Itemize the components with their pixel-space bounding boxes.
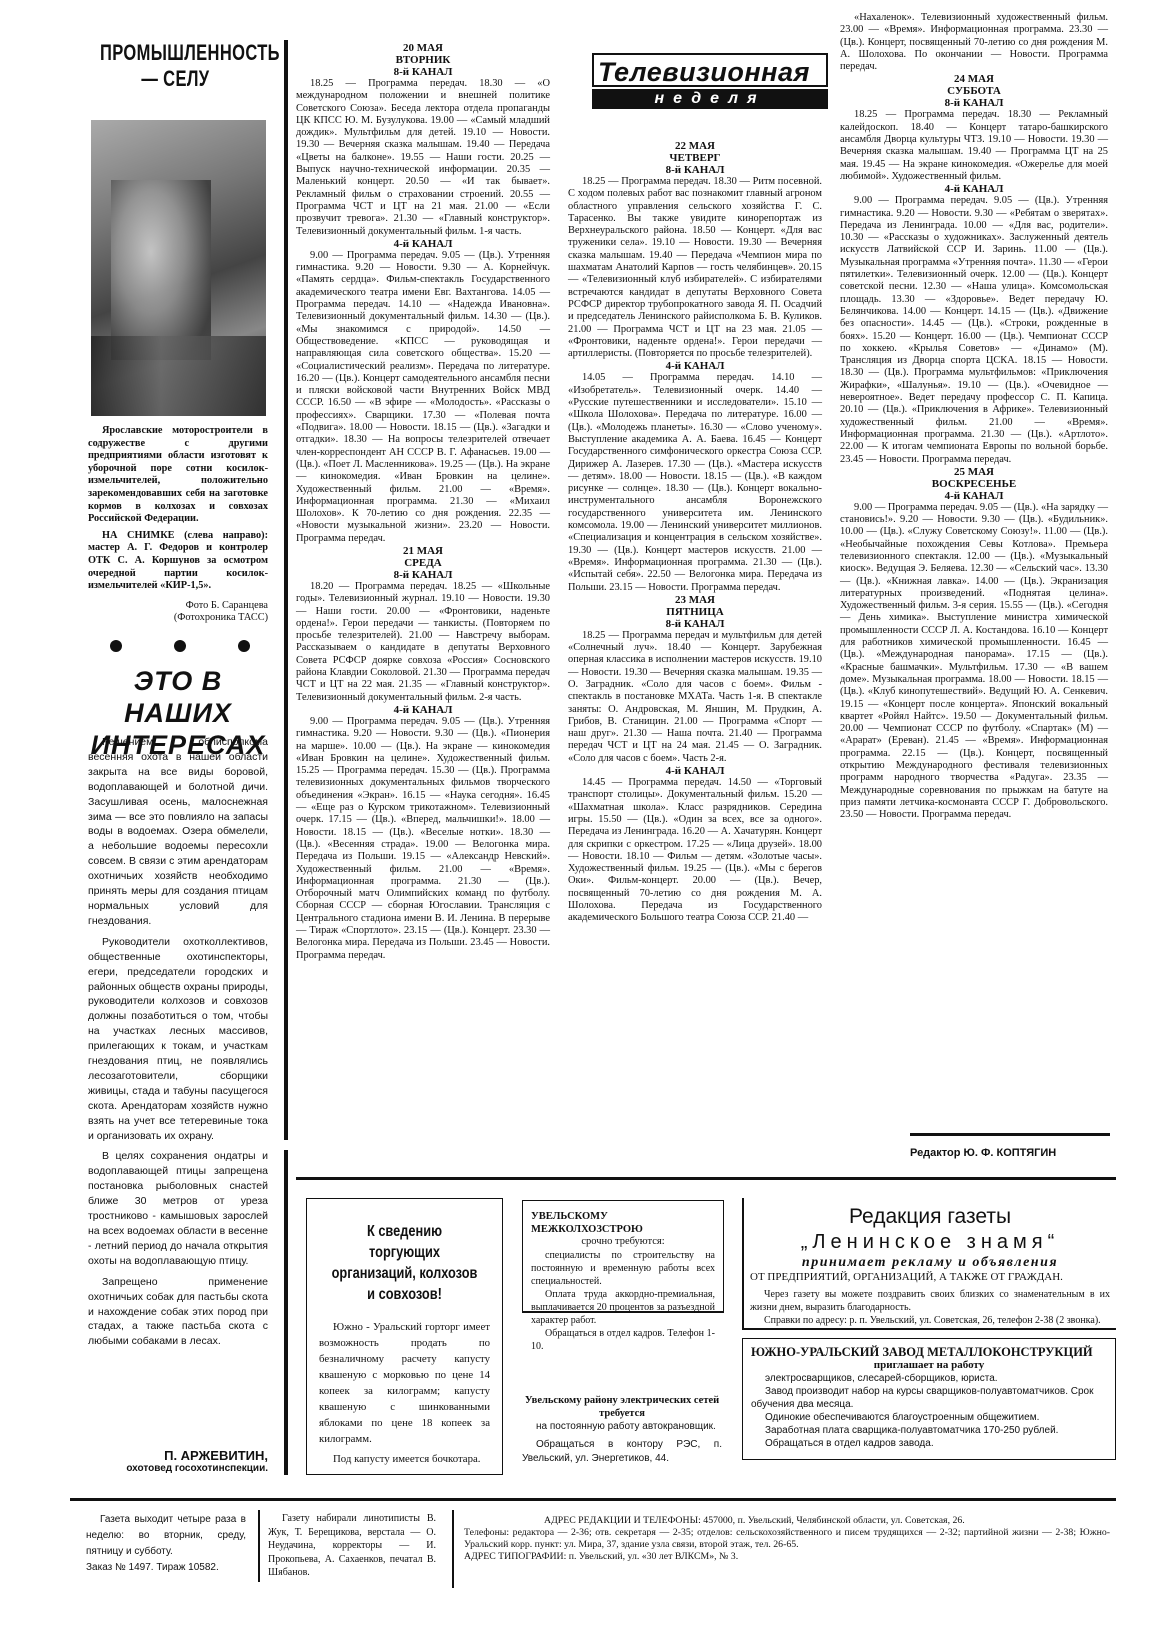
footer-staff-text: Газету набирали линотиписты В. Жук, Т. Б… [268,1512,436,1580]
editor-credit: Редактор Ю. Ф. КОПТЯГИН [910,1147,1056,1159]
caption-text: Ярославские моторостроители в содружеств… [88,425,268,526]
schedule-day-heading: ПЯТНИЦА [568,606,822,618]
footer-schedule-text: Газета выходит четыре раза в неделю: во … [86,1512,246,1560]
schedule-listing: 18.25 — Программа передач и мультфильм д… [568,630,822,765]
schedule-channel-heading: 8-й КАНАЛ [840,97,1108,109]
ad-torg-title-text: К сведению торгующих организаций, колхоз… [331,1221,477,1305]
article-paragraph: В целях сохранения ондатры и водоплавающ… [88,1149,268,1268]
author-role: охотовед госохотинспекции. [88,1463,268,1474]
section-rule [296,1177,1116,1180]
news-photo [91,120,266,416]
ad-red-title1: Редакция газеты [744,1204,1116,1230]
ad-zavod-p1: электросварщиков, слесарей-сборщиков, юр… [751,1372,1107,1385]
tv-logo-bottom: неделя [592,89,828,109]
schedule-channel-heading: 4-й КАНАЛ [840,490,1108,502]
ad-zavod-body: электросварщиков, слесарей-сборщиков, юр… [743,1372,1115,1450]
ad-res-p1: на постоянную работу автокрановщик. [522,1420,722,1434]
ad-res-body: на постоянную работу автокрановщик. Обра… [522,1420,722,1466]
author-name: П. АРЖЕВИТИН, [88,1448,268,1463]
footer-address-3: АДРЕС ТИПОГРАФИИ: п. Увельский, ул. «30 … [464,1551,1110,1563]
tv-column-1: 20 МАЯВТОРНИК8-й КАНАЛ18.25 — Программа … [296,42,550,962]
ad-torg-title: К сведению торгующих организаций, колхоз… [307,1221,502,1305]
headline-industry-to-village: ПРОМЫШЛЕННОСТЬ — СЕЛУ [70,40,280,92]
schedule-listing: 9.00 — Программа передач. 9.05 — (Цв.). … [840,502,1108,822]
ad-mk-body: специалисты по строительству на постоянн… [523,1249,723,1353]
photo-note: НА СНИМКЕ (слева направо): мастер А. Г. … [88,530,268,593]
ad-red-body: Через газету вы можете поздравить своих … [744,1284,1116,1327]
ad-mk-subtitle: срочно требуются: [523,1236,723,1249]
schedule-channel-heading: 4-й КАНАЛ [568,765,822,777]
schedule-listing: «Нахаленок». Телевизионный художественны… [840,12,1108,73]
article-paragraph: Руководители охотколлективов, общественн… [88,935,268,1144]
schedule-listing: 9.00 — Программа передач. 9.05 — (Цв.). … [840,195,1108,466]
schedule-listing: 18.25 — Программа передач. 18.30 — «О ме… [296,78,550,238]
schedule-day-heading: 23 МАЯ [568,594,822,606]
schedule-day-heading: ЧЕТВЕРГ [568,152,822,164]
schedule-listing: 9.00 — Программа передач. 9.05 — (Цв.). … [296,716,550,962]
schedule-listing: 18.25 — Программа передач. 18.30 — Ритм … [568,176,822,360]
ad-mk-p2: Оплата труда аккордно-премиальная, выпла… [531,1288,715,1327]
ad-zavod-title: ЮЖНО-УРАЛЬСКИЙ ЗАВОД МЕТАЛЛОКОНСТРУКЦИЙ [743,1339,1115,1359]
schedule-day-heading: 25 МАЯ [840,466,1108,478]
schedule-day-heading: СРЕДА [296,557,550,569]
ad-mk-title: УВЕЛЬСКОМУ МЕЖКОЛХОЗСТРОЮ [523,1201,723,1236]
schedule-day-heading: 22 МАЯ [568,140,822,152]
schedule-channel-heading: 4-й КАНАЛ [840,183,1108,195]
footer-rule-v [452,1510,454,1588]
schedule-listing: 14.05 — Программа передач. 14.10 — «Изоб… [568,372,822,593]
ad-red-title4: ОТ ПРЕДПРИЯТИЙ, ОРГАНИЗАЦИЙ, А ТАКЖЕ ОТ … [744,1271,1116,1284]
ad-res: Увельскому району электрических сетей тр… [522,1395,722,1466]
schedule-channel-heading: 4-й КАНАЛ [296,704,550,716]
credit-line-2: (Фотохроника ТАСС) [88,612,268,624]
article-body: Решением облисполкома весенняя охота в н… [88,735,268,1355]
editor-rule [910,1133,1110,1136]
footer-staff: Газету набирали линотиписты В. Жук, Т. Б… [268,1512,436,1580]
schedule-day-heading: ВТОРНИК [296,54,550,66]
schedule-listing: 9.00 — Программа передач. 9.05 — (Цв.). … [296,250,550,545]
schedule-channel-heading: 4-й КАНАЛ [568,360,822,372]
ad-zavod-p2: Завод производит набор на курсы сварщико… [751,1385,1107,1411]
schedule-channel-heading: 8-й КАНАЛ [296,66,550,78]
schedule-channel-heading: 8-й КАНАЛ [568,164,822,176]
column-rule [284,40,288,1140]
schedule-listing: 14.45 — Программа передач. 14.50 — «Торг… [568,777,822,925]
ad-res-p2: Обращаться в контору РЭС, п. Увельский, … [522,1438,722,1466]
ad-zavod-p3: Одинокие обеспечиваются благоустроенным … [751,1411,1107,1424]
schedule-channel-heading: 8-й КАНАЛ [568,618,822,630]
schedule-channel-heading: 4-й КАНАЛ [296,238,550,250]
footer-address: АДРЕС РЕДАКЦИИ И ТЕЛЕФОНЫ: 457000, п. Ув… [464,1515,1110,1563]
footer-rule [70,1498,1116,1501]
tv-column-2: 22 МАЯЧЕТВЕРГ8-й КАНАЛ18.25 — Программа … [568,140,822,925]
headline-line-2: — СЕЛУ [141,66,209,92]
ad-torg-text: Южно - Уральский горторг имеет возможнос… [319,1319,490,1447]
schedule-listing: 18.25 — Программа передач. 18.30 — Рекла… [840,109,1108,183]
footer-schedule: Газета выходит четыре раза в неделю: во … [86,1512,246,1576]
ad-mezhkolkhozstroy: УВЕЛЬСКОМУ МЕЖКОЛХОЗСТРОЮ срочно требуют… [522,1200,724,1313]
schedule-day-heading: 24 МАЯ [840,73,1108,85]
footer-address-2: Телефоны: редактора — 2-36; отв. секрета… [464,1527,1110,1551]
photo-caption: Ярославские моторостроители в содружеств… [88,425,268,593]
ad-red-p1: Через газету вы можете поздравить своих … [750,1288,1110,1314]
footer-address-1: АДРЕС РЕДАКЦИИ И ТЕЛЕФОНЫ: 457000, п. Ув… [464,1515,1110,1527]
column-rule [284,1150,288,1475]
schedule-day-heading: СУББОТА [840,85,1108,97]
ad-mk-p3: Обращаться в отдел кадров. Телефон 1-10. [531,1327,715,1353]
ad-torg-note: Под капусту имеется бочкотара. [319,1451,490,1467]
ad-red-p2: Справки по адресу: р. п. Увельский, ул. … [750,1314,1110,1327]
article-paragraph: Запрещено применение охотничьих собак дл… [88,1275,268,1350]
ad-newspaper-editorial: Редакция газеты „Ленинское знамя“ приним… [742,1198,1116,1330]
ad-torg-body: Южно - Уральский горторг имеет возможнос… [307,1305,502,1467]
ad-red-title2: „Ленинское знамя“ [744,1230,1116,1254]
article-signature: П. АРЖЕВИТИН, охотовед госохотинспекции. [88,1448,268,1474]
schedule-day-heading: 20 МАЯ [296,42,550,54]
ad-metal-plant: ЮЖНО-УРАЛЬСКИЙ ЗАВОД МЕТАЛЛОКОНСТРУКЦИЙ … [742,1338,1116,1460]
article-paragraph: Решением облисполкома весенняя охота в н… [88,735,268,929]
article-title-line-1: ЭТО В НАШИХ [78,665,278,729]
ad-mk-p1: специалисты по строительству на постоянн… [531,1249,715,1288]
section-divider-dots [110,640,250,652]
schedule-day-heading: ВОСКРЕСЕНЬЕ [840,478,1108,490]
schedule-day-heading: 21 МАЯ [296,545,550,557]
tv-column-3: «Нахаленок». Телевизионный художественны… [840,12,1108,822]
headline-line-1: ПРОМЫШЛЕННОСТЬ [100,40,280,66]
footer-order: Заказ № 1497. Тираж 10582. [86,1560,246,1576]
ad-gorgtorg: К сведению торгующих организаций, колхоз… [306,1198,503,1475]
tv-week-logo: Телевизионная неделя [592,47,828,109]
ad-zavod-subtitle: приглашает на работу [743,1359,1115,1372]
ad-zavod-p4: Заработная плата сварщика-полуавтоматчик… [751,1424,1107,1437]
schedule-listing: 18.20 — Программа передач. 18.25 — «Школ… [296,581,550,704]
credit-line-1: Фото Б. Саранцева [88,600,268,612]
ad-zavod-p5: Обращаться в отдел кадров завода. [751,1437,1107,1450]
photo-credit: Фото Б. Саранцева (Фотохроника ТАСС) [88,600,268,624]
ad-res-title: Увельскому району электрических сетей тр… [522,1395,722,1420]
ad-red-title3: принимает рекламу и объявления [744,1254,1116,1271]
footer-rule-v [258,1510,260,1582]
tv-logo-top: Телевизионная [592,53,828,87]
schedule-channel-heading: 8-й КАНАЛ [296,569,550,581]
